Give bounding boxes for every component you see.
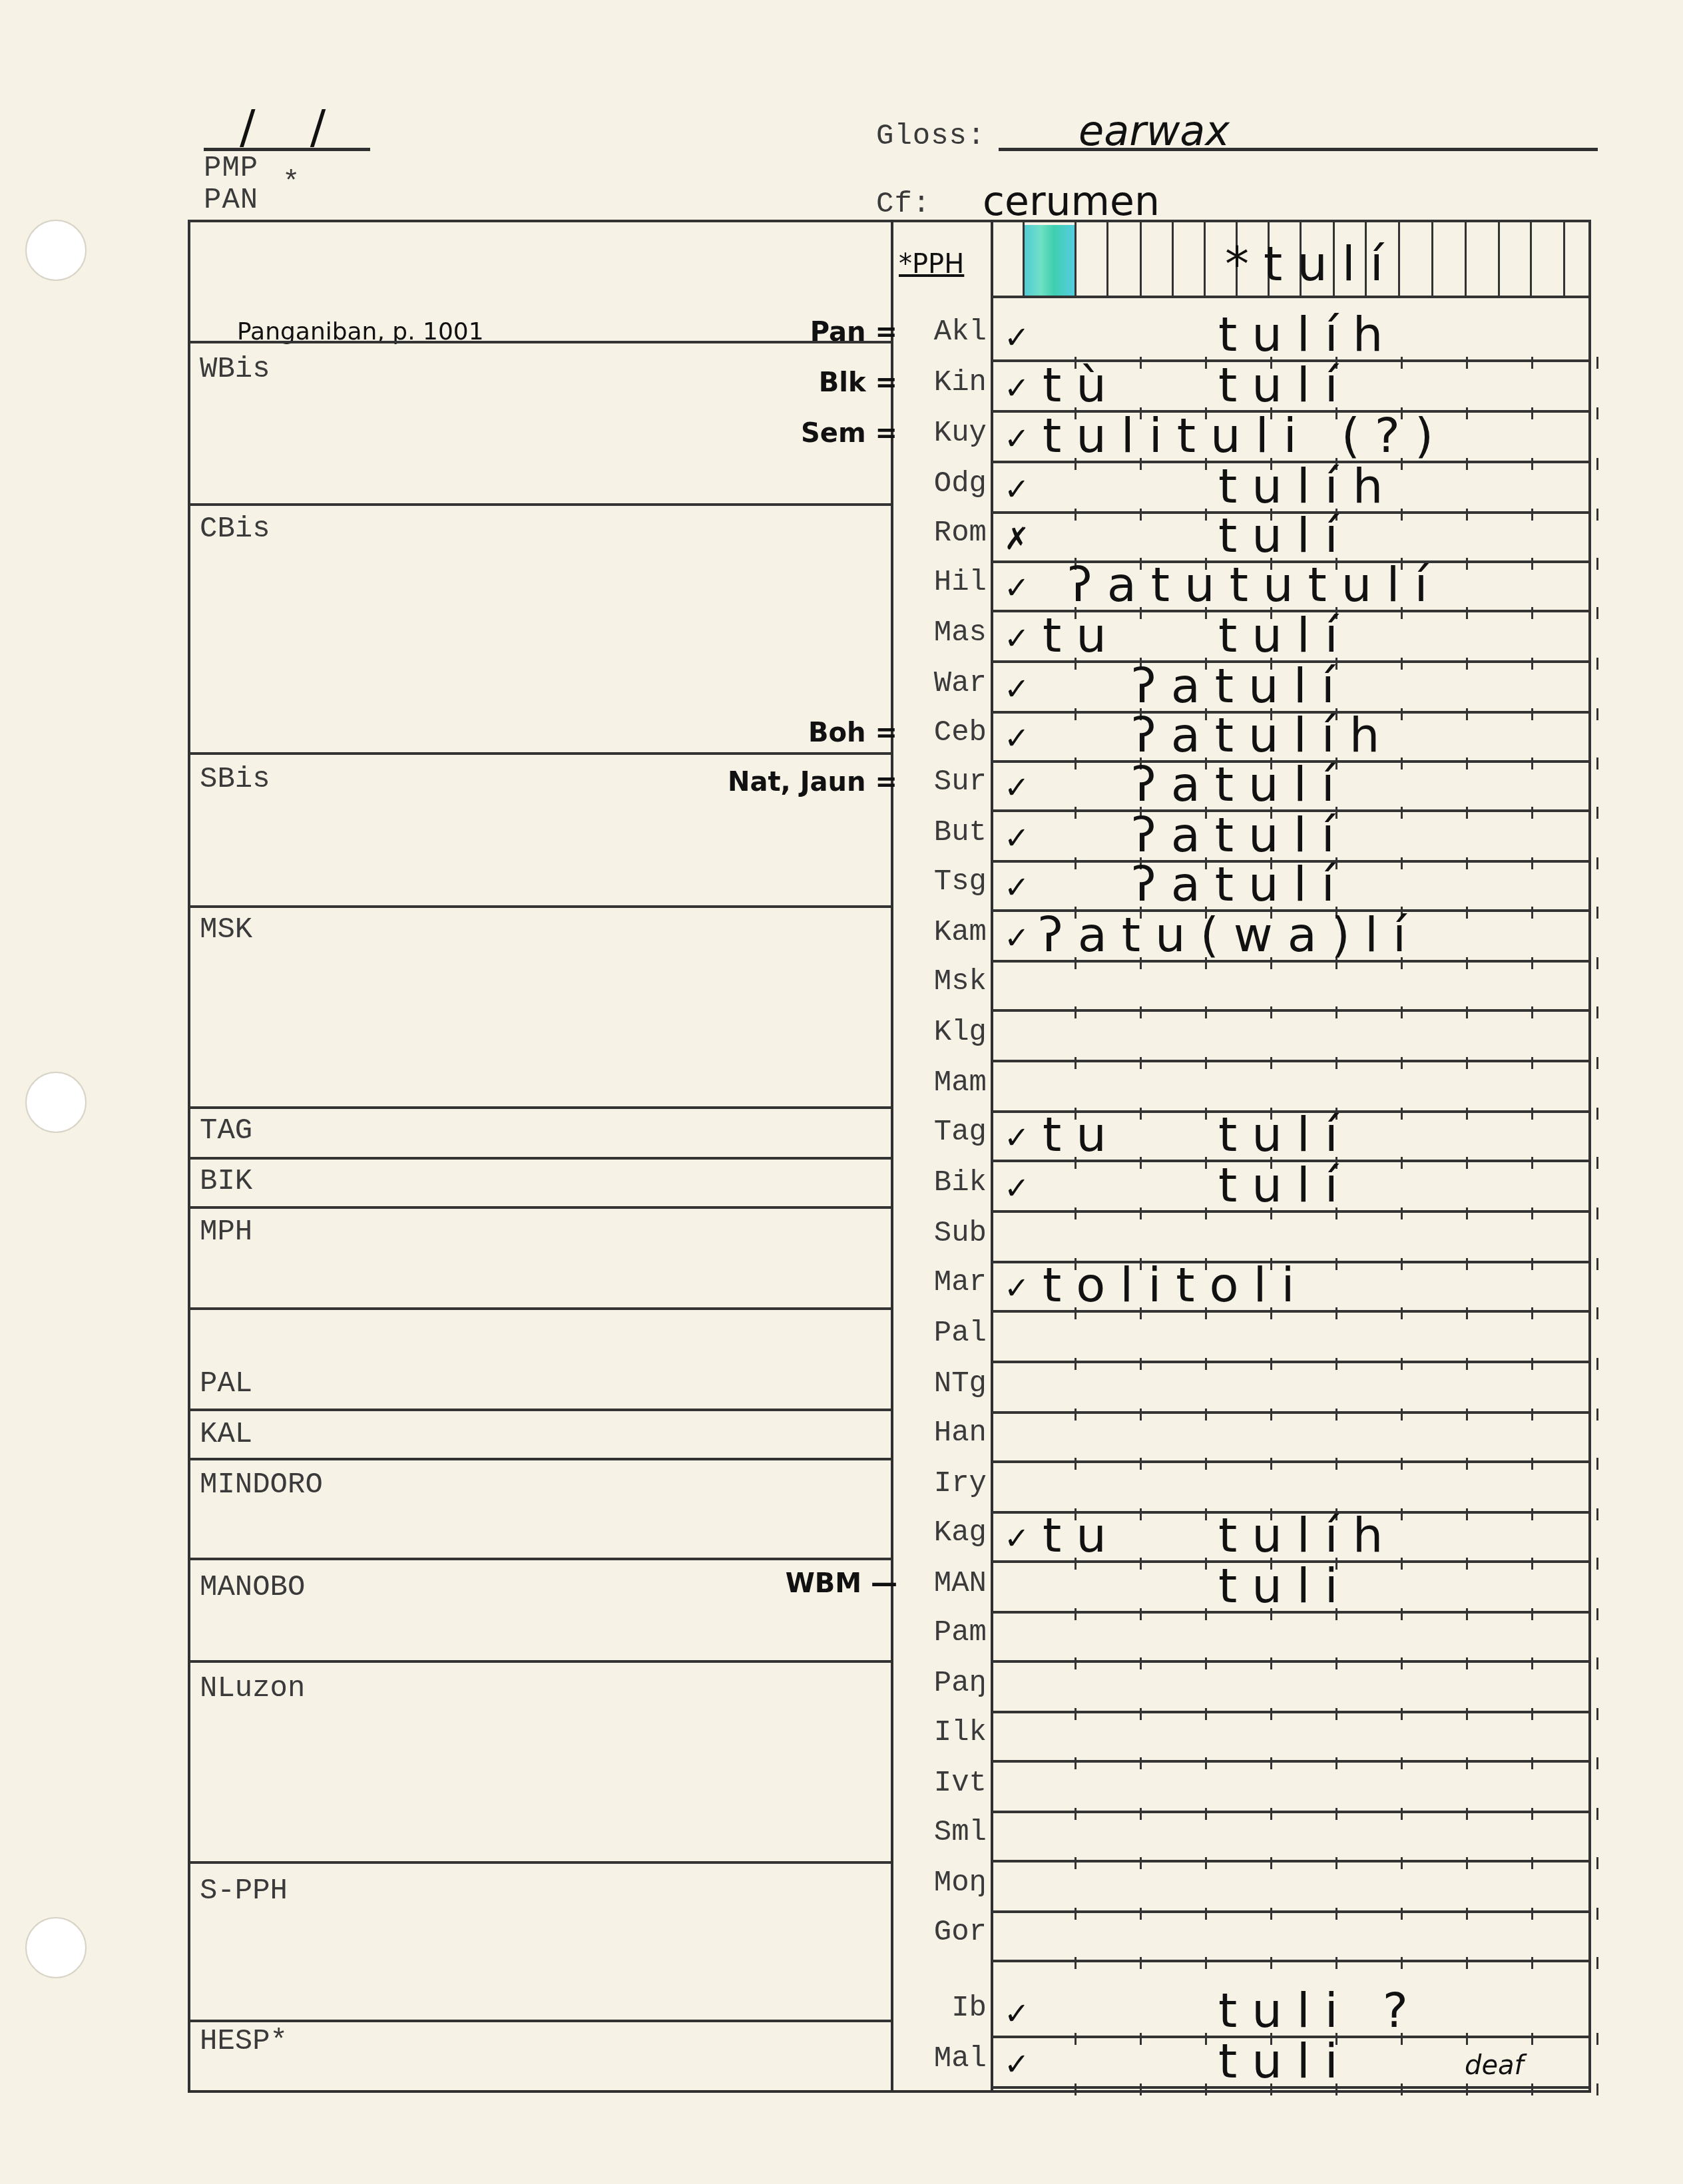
tick-mark — [1075, 1608, 1077, 1620]
group-label: KAL — [200, 1418, 252, 1451]
tick-mark — [1531, 1207, 1533, 1219]
tick-mark — [1075, 1409, 1077, 1420]
tick-mark — [1205, 1657, 1207, 1669]
pph-label: *PPH — [899, 249, 964, 280]
protoform-asterisk: * — [282, 166, 300, 200]
tick-mark — [1401, 658, 1403, 670]
tick-mark — [1466, 1358, 1468, 1370]
group-separator — [190, 1861, 891, 1864]
language-code: Msk — [899, 965, 987, 998]
group-label: S-PPH — [200, 1874, 288, 1908]
row-line — [992, 1910, 1591, 1913]
reduplication-prefix: tu — [1043, 607, 1121, 663]
group-separator — [190, 1458, 891, 1460]
tick-mark — [1466, 1057, 1468, 1069]
tick-mark — [1205, 1458, 1207, 1470]
tick-mark — [1335, 1409, 1337, 1420]
dialect-alias: Sem = — [801, 418, 897, 449]
tick-mark — [1205, 1006, 1207, 1018]
tick-mark — [1401, 758, 1403, 769]
tick-mark — [1531, 607, 1533, 619]
tick-mark — [1140, 1608, 1142, 1620]
group-separator — [190, 1206, 891, 1209]
tick-mark — [1140, 1458, 1142, 1470]
date-mark: / / — [240, 100, 346, 154]
tick-mark — [1466, 957, 1468, 969]
tick-mark — [1466, 1957, 1468, 1969]
tick-mark — [1075, 1458, 1077, 1470]
tick-mark — [1531, 1258, 1533, 1270]
tick-mark — [1205, 1108, 1207, 1120]
tick-mark — [1466, 1708, 1468, 1720]
tick-mark — [1075, 708, 1077, 720]
tick-mark — [1531, 1757, 1533, 1769]
tick-mark — [1596, 1108, 1598, 1120]
tick-mark — [1075, 1207, 1077, 1219]
tick-mark — [1335, 1657, 1337, 1669]
tick-mark — [1401, 509, 1403, 521]
group-label: BIK — [200, 1165, 252, 1198]
tick-mark — [1140, 1409, 1142, 1420]
tick-mark — [1401, 2083, 1403, 2095]
language-code: Iry — [899, 1467, 987, 1500]
cognate-form: tulíh — [1218, 458, 1398, 514]
pph-form: *tulí — [1225, 236, 1398, 292]
checkmark-icon: ✓ — [1004, 570, 1030, 606]
tick-mark — [1270, 1006, 1272, 1018]
tick-mark — [1401, 1108, 1403, 1120]
language-code: Mar — [899, 1266, 987, 1299]
tick-mark — [1401, 1908, 1403, 1920]
tick-mark — [1140, 1957, 1142, 1969]
language-code: Rom — [899, 517, 987, 550]
language-code: Mal — [899, 2042, 987, 2075]
language-code: Gor — [899, 1916, 987, 1949]
tick-mark — [1466, 2033, 1468, 2045]
tick-mark — [1335, 1358, 1337, 1370]
tick-mark — [1531, 957, 1533, 969]
row-line — [992, 1811, 1591, 1813]
tick-mark — [1140, 1108, 1142, 1120]
tick-mark — [1270, 1708, 1272, 1720]
row-line — [992, 1060, 1591, 1062]
tick-mark — [1401, 857, 1403, 869]
group-separator — [190, 1157, 891, 1160]
tick-mark — [1596, 1708, 1598, 1720]
checkmark-icon: ✓ — [1004, 320, 1030, 355]
language-code: NTg — [899, 1367, 987, 1401]
tick-mark — [1466, 1207, 1468, 1219]
group-separator — [190, 752, 891, 755]
cognate-form: tuli — [1218, 2033, 1353, 2089]
cognate-form: tulí — [1218, 357, 1353, 413]
language-code: Mam — [899, 1066, 987, 1100]
tick-mark — [1531, 407, 1533, 419]
tick-mark — [1596, 1808, 1598, 1820]
tick-mark — [1531, 1708, 1533, 1720]
tick-mark — [1596, 1857, 1598, 1869]
tick-mark — [1401, 1757, 1403, 1769]
tick-mark — [1466, 509, 1468, 521]
binder-hole — [25, 1917, 87, 1978]
tick-mark — [1205, 1857, 1207, 1869]
group-separator — [190, 1660, 891, 1663]
group-separator — [190, 503, 891, 506]
row-line — [992, 296, 1591, 298]
cognate-form: ʔatulí — [1132, 807, 1349, 863]
tick-mark — [1596, 1458, 1598, 1470]
group-label: MSK — [200, 913, 252, 947]
tick-mark — [1466, 558, 1468, 570]
row-line — [992, 1960, 1591, 1962]
tick-mark — [1205, 1157, 1207, 1169]
tick-mark — [1596, 2033, 1598, 2045]
cognate-form: tulí — [1218, 1106, 1353, 1162]
tick-mark — [1596, 2083, 1598, 2095]
tick-mark — [1140, 357, 1142, 369]
tick-mark — [1335, 1957, 1337, 1969]
language-code: Tag — [899, 1116, 987, 1149]
cell-divider — [1563, 222, 1565, 296]
tick-mark — [1466, 1808, 1468, 1820]
tick-mark — [1596, 1358, 1598, 1370]
language-code: Kin — [899, 366, 987, 399]
tick-mark — [1466, 1908, 1468, 1920]
tick-mark — [1596, 1908, 1598, 1920]
tick-mark — [1401, 1358, 1403, 1370]
cell-divider — [1431, 222, 1433, 296]
tick-mark — [1075, 1908, 1077, 1920]
tick-mark — [1335, 1458, 1337, 1470]
protoform-pan: PAN — [204, 184, 258, 217]
tick-mark — [1531, 1458, 1533, 1470]
tick-mark — [1466, 1409, 1468, 1420]
checkmark-icon: ✓ — [1004, 421, 1030, 457]
tick-mark — [1466, 1757, 1468, 1769]
tick-mark — [1466, 458, 1468, 470]
tick-mark — [1401, 1657, 1403, 1669]
tick-mark — [1596, 458, 1598, 470]
dialect-alias: Nat, Jaun = — [728, 767, 897, 797]
checkmark-icon: ✓ — [1004, 2046, 1030, 2082]
tick-mark — [1596, 1157, 1598, 1169]
tick-mark — [1596, 807, 1598, 819]
tick-mark — [1596, 357, 1598, 369]
tick-mark — [1075, 1957, 1077, 1969]
tick-mark — [1531, 458, 1533, 470]
tick-mark — [1596, 1608, 1598, 1620]
checkmark-icon: ✓ — [1004, 370, 1030, 406]
tick-mark — [1531, 1558, 1533, 1570]
group-separator — [190, 2020, 891, 2022]
language-code: Sub — [899, 1217, 987, 1250]
group-label: NLuzon — [200, 1672, 305, 1705]
tick-mark — [1596, 1006, 1598, 1018]
protoform-pmp: PMP — [204, 152, 258, 185]
tick-mark — [1531, 1657, 1533, 1669]
cognate-form: ʔatututulí — [1068, 556, 1442, 612]
date-underline — [204, 148, 370, 151]
language-code: Hil — [899, 566, 987, 599]
tick-mark — [1401, 1957, 1403, 1969]
tick-mark — [1596, 758, 1598, 769]
cognate-form: ʔatu(wa)lí — [1039, 907, 1421, 963]
tick-mark — [1531, 1307, 1533, 1319]
tick-mark — [1075, 758, 1077, 769]
tick-mark — [1401, 1409, 1403, 1420]
language-code: Han — [899, 1417, 987, 1450]
tick-mark — [1466, 1508, 1468, 1520]
tick-mark — [1075, 1006, 1077, 1018]
tick-mark — [1596, 607, 1598, 619]
tick-mark — [1401, 708, 1403, 720]
group-label: WBis — [200, 353, 270, 386]
tick-mark — [1335, 1808, 1337, 1820]
tick-mark — [1466, 607, 1468, 619]
tick-mark — [1531, 1057, 1533, 1069]
tick-mark — [1596, 1258, 1598, 1270]
dialect-alias: WBM — — [786, 1568, 897, 1599]
tick-mark — [1596, 857, 1598, 869]
tick-mark — [1270, 1409, 1272, 1420]
tick-mark — [1531, 1808, 1533, 1820]
tick-mark — [1531, 708, 1533, 720]
language-code: Klg — [899, 1016, 987, 1049]
tick-mark — [1466, 407, 1468, 419]
checkmark-icon: ✓ — [1004, 820, 1030, 856]
tick-mark — [1335, 1908, 1337, 1920]
tick-mark — [1401, 357, 1403, 369]
tick-mark — [1335, 1708, 1337, 1720]
language-code: Ilk — [899, 1716, 987, 1749]
language-code: Odg — [899, 467, 987, 501]
tick-mark — [1335, 1307, 1337, 1319]
tick-mark — [1075, 1358, 1077, 1370]
tick-mark — [1466, 1657, 1468, 1669]
tick-mark — [1140, 2033, 1142, 2045]
binder-hole — [25, 220, 87, 281]
cognate-form: tulíh — [1218, 306, 1398, 362]
tick-mark — [1401, 1458, 1403, 1470]
tick-mark — [1466, 1006, 1468, 1018]
tick-mark — [1205, 1409, 1207, 1420]
tick-mark — [1140, 1157, 1142, 1169]
cell-divider — [1398, 222, 1400, 296]
row-line — [992, 1711, 1591, 1713]
tick-mark — [1075, 2083, 1077, 2095]
tick-mark — [1531, 1358, 1533, 1370]
tick-mark — [1270, 1757, 1272, 1769]
tick-mark — [1140, 1057, 1142, 1069]
tick-mark — [1466, 758, 1468, 769]
tick-mark — [1531, 1006, 1533, 1018]
tick-mark — [1401, 1307, 1403, 1319]
cognate-form: ʔatulí — [1132, 658, 1349, 714]
language-code: Moŋ — [899, 1866, 987, 1900]
tick-mark — [1466, 1157, 1468, 1169]
tick-mark — [1466, 1608, 1468, 1620]
tick-mark — [1140, 1708, 1142, 1720]
tick-mark — [1140, 1908, 1142, 1920]
tick-mark — [1140, 1508, 1142, 1520]
gloss-note: deaf — [1465, 2050, 1524, 2081]
tick-mark — [1531, 1157, 1533, 1169]
group-label: SBis — [200, 763, 270, 796]
tick-mark — [1401, 1808, 1403, 1820]
cell-divider — [1465, 222, 1467, 296]
tick-mark — [1270, 1957, 1272, 1969]
tick-mark — [1075, 1757, 1077, 1769]
tick-mark — [1596, 1409, 1598, 1420]
tick-mark — [1140, 1857, 1142, 1869]
tick-mark — [1205, 1508, 1207, 1520]
tick-mark — [1596, 1057, 1598, 1069]
tick-mark — [1531, 1409, 1533, 1420]
tick-mark — [1531, 357, 1533, 369]
tick-mark — [1075, 509, 1077, 521]
cognate-form: tulí — [1218, 1157, 1353, 1213]
cell-divider — [1172, 222, 1174, 296]
column-divider — [891, 220, 893, 2091]
tick-mark — [1270, 1657, 1272, 1669]
tick-mark — [1270, 1808, 1272, 1820]
language-code: Paŋ — [899, 1667, 987, 1700]
tick-mark — [1466, 708, 1468, 720]
tick-mark — [1205, 1608, 1207, 1620]
tick-mark — [1205, 1908, 1207, 1920]
tick-mark — [1140, 509, 1142, 521]
binder-hole — [25, 1072, 87, 1133]
tick-mark — [1596, 1957, 1598, 1969]
tick-mark — [1531, 1957, 1533, 1969]
language-code: Kuy — [899, 417, 987, 450]
language-code: Akl — [899, 316, 987, 349]
tick-mark — [1466, 1857, 1468, 1869]
tick-mark — [1401, 1207, 1403, 1219]
tick-mark — [1205, 1808, 1207, 1820]
tick-mark — [1205, 1708, 1207, 1720]
cf-value[interactable]: cerumen — [983, 178, 1160, 225]
cross-mark-icon: ✗ — [1004, 521, 1030, 556]
tick-mark — [1401, 1258, 1403, 1270]
tick-mark — [1401, 1558, 1403, 1570]
cell-divider — [1140, 222, 1142, 296]
row-line — [992, 1460, 1591, 1463]
cell-divider — [1204, 222, 1206, 296]
language-code: But — [899, 816, 987, 849]
tick-mark — [1596, 1757, 1598, 1769]
tick-mark — [1466, 907, 1468, 919]
tick-mark — [1596, 1207, 1598, 1219]
group-label: MINDORO — [200, 1468, 323, 1502]
cell-divider — [1498, 222, 1500, 296]
group-separator — [190, 1106, 891, 1109]
cognate-form: ʔatulí — [1132, 856, 1349, 912]
tick-mark — [1401, 1857, 1403, 1869]
group-separator — [190, 1307, 891, 1310]
tick-mark — [1596, 407, 1598, 419]
language-code: Kam — [899, 916, 987, 949]
row-line — [992, 1009, 1591, 1012]
tick-mark — [1335, 1258, 1337, 1270]
tick-mark — [1205, 1957, 1207, 1969]
language-code: Ceb — [899, 716, 987, 750]
group-separator — [190, 1558, 891, 1560]
tick-mark — [1335, 1006, 1337, 1018]
reduplication-prefix: tu — [1043, 1507, 1121, 1563]
group-separator — [190, 905, 891, 908]
tick-mark — [1075, 857, 1077, 869]
tick-mark — [1596, 1558, 1598, 1570]
checkmark-icon: ✓ — [1004, 620, 1030, 656]
tick-mark — [1466, 658, 1468, 670]
tick-mark — [1596, 509, 1598, 521]
language-code: Tsg — [899, 865, 987, 899]
tick-mark — [1531, 1508, 1533, 1520]
language-code: Bik — [899, 1166, 987, 1200]
tick-mark — [1531, 758, 1533, 769]
tick-mark — [1596, 1307, 1598, 1319]
tick-mark — [1596, 658, 1598, 670]
tick-mark — [1531, 1608, 1533, 1620]
tick-mark — [1205, 1057, 1207, 1069]
tick-mark — [1140, 1006, 1142, 1018]
checkmark-icon: ✓ — [1004, 869, 1030, 905]
checkmark-icon: ✓ — [1004, 769, 1030, 805]
tick-mark — [1075, 807, 1077, 819]
tick-mark — [1205, 1757, 1207, 1769]
language-code: Ivt — [899, 1767, 987, 1800]
group-label: PAL — [200, 1367, 252, 1401]
tick-mark — [1531, 2033, 1533, 2045]
checkmark-icon: ✓ — [1004, 720, 1030, 756]
tick-mark — [1531, 807, 1533, 819]
language-code: MAN — [899, 1567, 987, 1600]
row-line — [992, 1860, 1591, 1862]
language-code: Mas — [899, 616, 987, 650]
tick-mark — [1140, 1207, 1142, 1219]
dialect-alias: Blk = — [819, 367, 897, 398]
group-separator — [190, 1409, 891, 1411]
tick-mark — [1401, 1708, 1403, 1720]
tick-mark — [1205, 357, 1207, 369]
tick-mark — [1270, 1908, 1272, 1920]
tick-mark — [1335, 1057, 1337, 1069]
dialect-alias: Boh = — [808, 718, 897, 748]
language-code: Pam — [899, 1616, 987, 1649]
gloss-underline — [999, 148, 1598, 151]
tick-mark — [1531, 558, 1533, 570]
tick-mark — [1466, 1458, 1468, 1470]
tick-mark — [1531, 1108, 1533, 1120]
cell-divider — [1106, 222, 1108, 296]
tick-mark — [1335, 1757, 1337, 1769]
tick-mark — [1466, 857, 1468, 869]
tick-mark — [1531, 857, 1533, 869]
cognate-form: tulí — [1218, 507, 1353, 563]
tick-mark — [1205, 1358, 1207, 1370]
tick-mark — [1596, 907, 1598, 919]
tick-mark — [1205, 1558, 1207, 1570]
checkmark-icon: ✓ — [1004, 920, 1030, 956]
tick-mark — [1075, 1708, 1077, 1720]
language-code: Sml — [899, 1816, 987, 1849]
cf-label: Cf: — [876, 188, 931, 221]
tick-mark — [1531, 509, 1533, 521]
row-line — [992, 1660, 1591, 1663]
tick-mark — [1140, 1757, 1142, 1769]
checkmark-icon: ✓ — [1004, 1520, 1030, 1556]
